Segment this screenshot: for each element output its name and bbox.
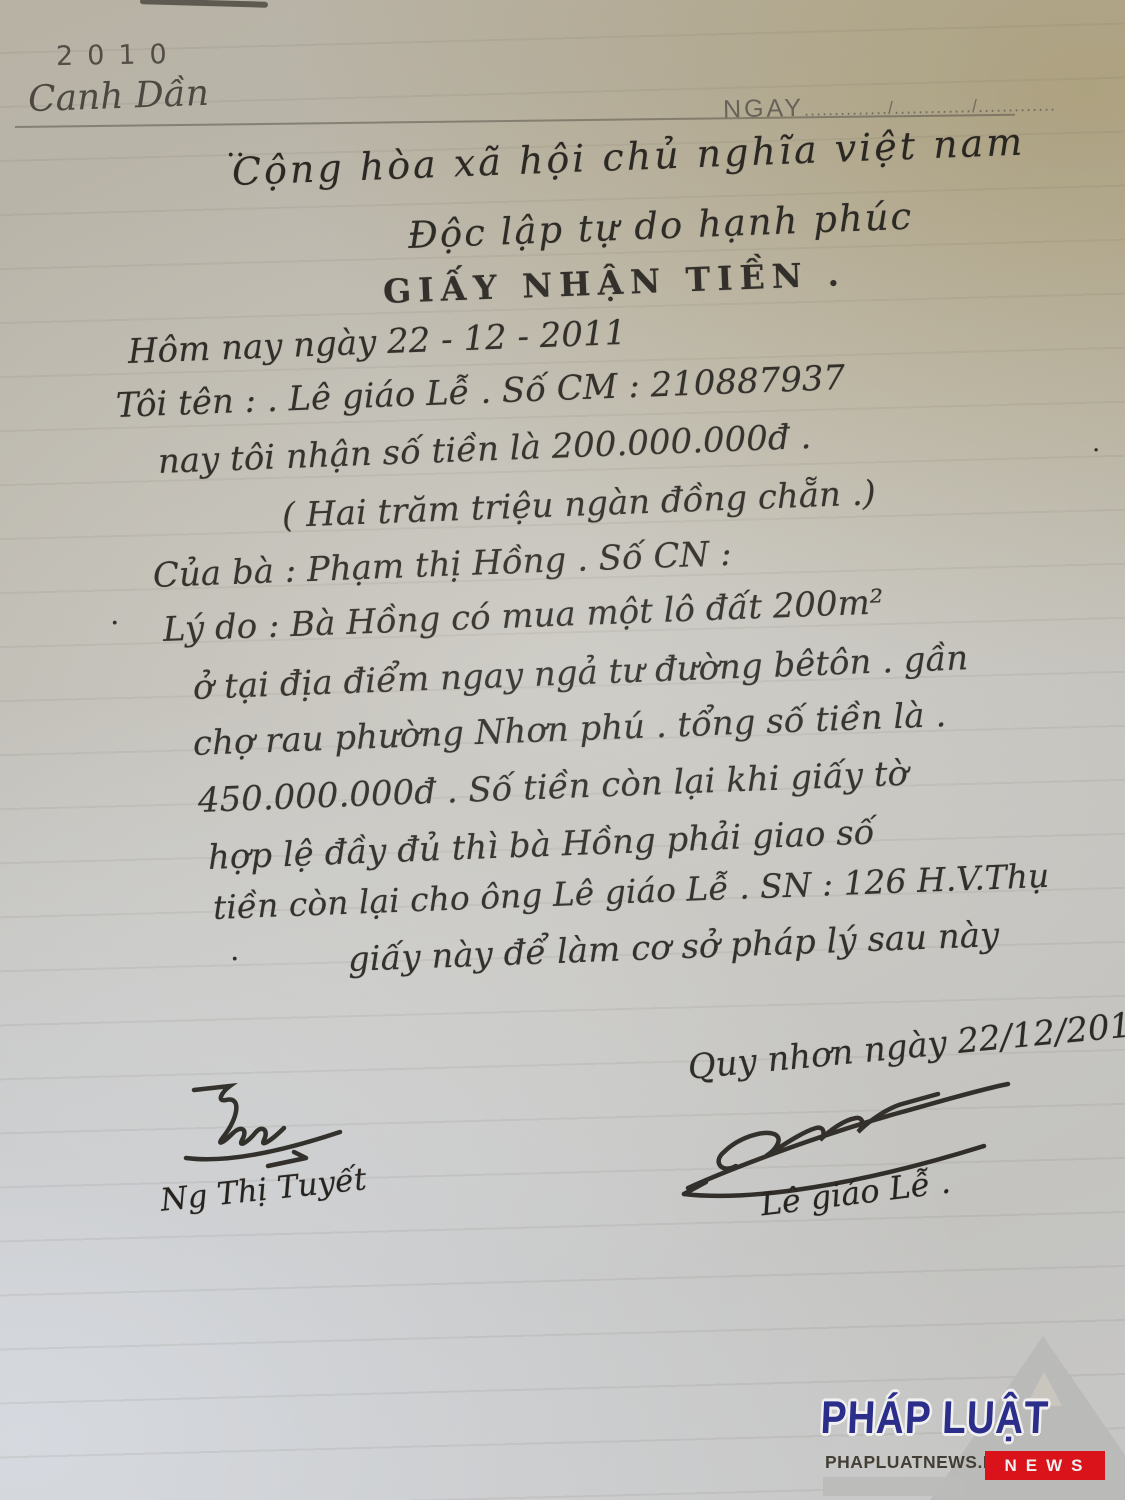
watermark-gray-bar <box>823 1477 965 1496</box>
photo-edge-smudge <box>140 0 268 8</box>
year-stamp: 2010 <box>56 39 181 72</box>
document-title: GIẤY NHẬN TIỀN . <box>382 254 846 311</box>
watermark-brand-text: PHÁP LUẬT <box>820 1390 1050 1444</box>
watermark-news-band: NEWS <box>985 1451 1105 1480</box>
printed-date-label: NGAY............../............./.......… <box>723 89 1057 125</box>
handwritten-line-reason-1: Lý do : Bà Hồng có mua một lô đất 200m² <box>162 582 884 650</box>
photographed-document: 2010 Canh Dần NGAY............../.......… <box>0 0 1125 1500</box>
handwritten-line-reason-2: ở tại địa điểm ngay ngả tư đường bêtôn .… <box>192 638 969 708</box>
handwritten-line-amount: nay tôi nhận số tiền là 200.000.000đ . <box>157 417 812 482</box>
national-motto-line2: Độc lập tự do hạnh phúc <box>407 195 914 257</box>
handwritten-line-amount-words: ( Hai trăm triệu ngàn đồng chẵn .) <box>281 473 876 536</box>
stray-ink-mark: · <box>230 942 240 977</box>
watermark-news-label: NEWS <box>999 1456 1092 1476</box>
handwritten-line-payer: Của bà : Phạm thị Hồng . Số CN : <box>152 534 732 596</box>
handwritten-line-reason-4: 450.000.000đ . Số tiền còn lại khi giấy … <box>197 754 908 821</box>
lunar-year-label: Canh Dần <box>27 73 209 120</box>
stray-ink-mark: · <box>110 606 120 641</box>
handwritten-line-date: Hôm nay ngày 22 - 12 - 2011 <box>127 313 627 372</box>
handwritten-line-reason-3: chợ rau phường Nhơn phú . tổng số tiền l… <box>192 695 947 764</box>
handwritten-line-closing: giấy này để làm cơ sở pháp lý sau này <box>347 915 1000 980</box>
stray-ink-mark: · <box>1092 436 1100 466</box>
national-motto-line1: Cộng hòa xã hội chủ nghĩa việt nam <box>231 120 1026 194</box>
